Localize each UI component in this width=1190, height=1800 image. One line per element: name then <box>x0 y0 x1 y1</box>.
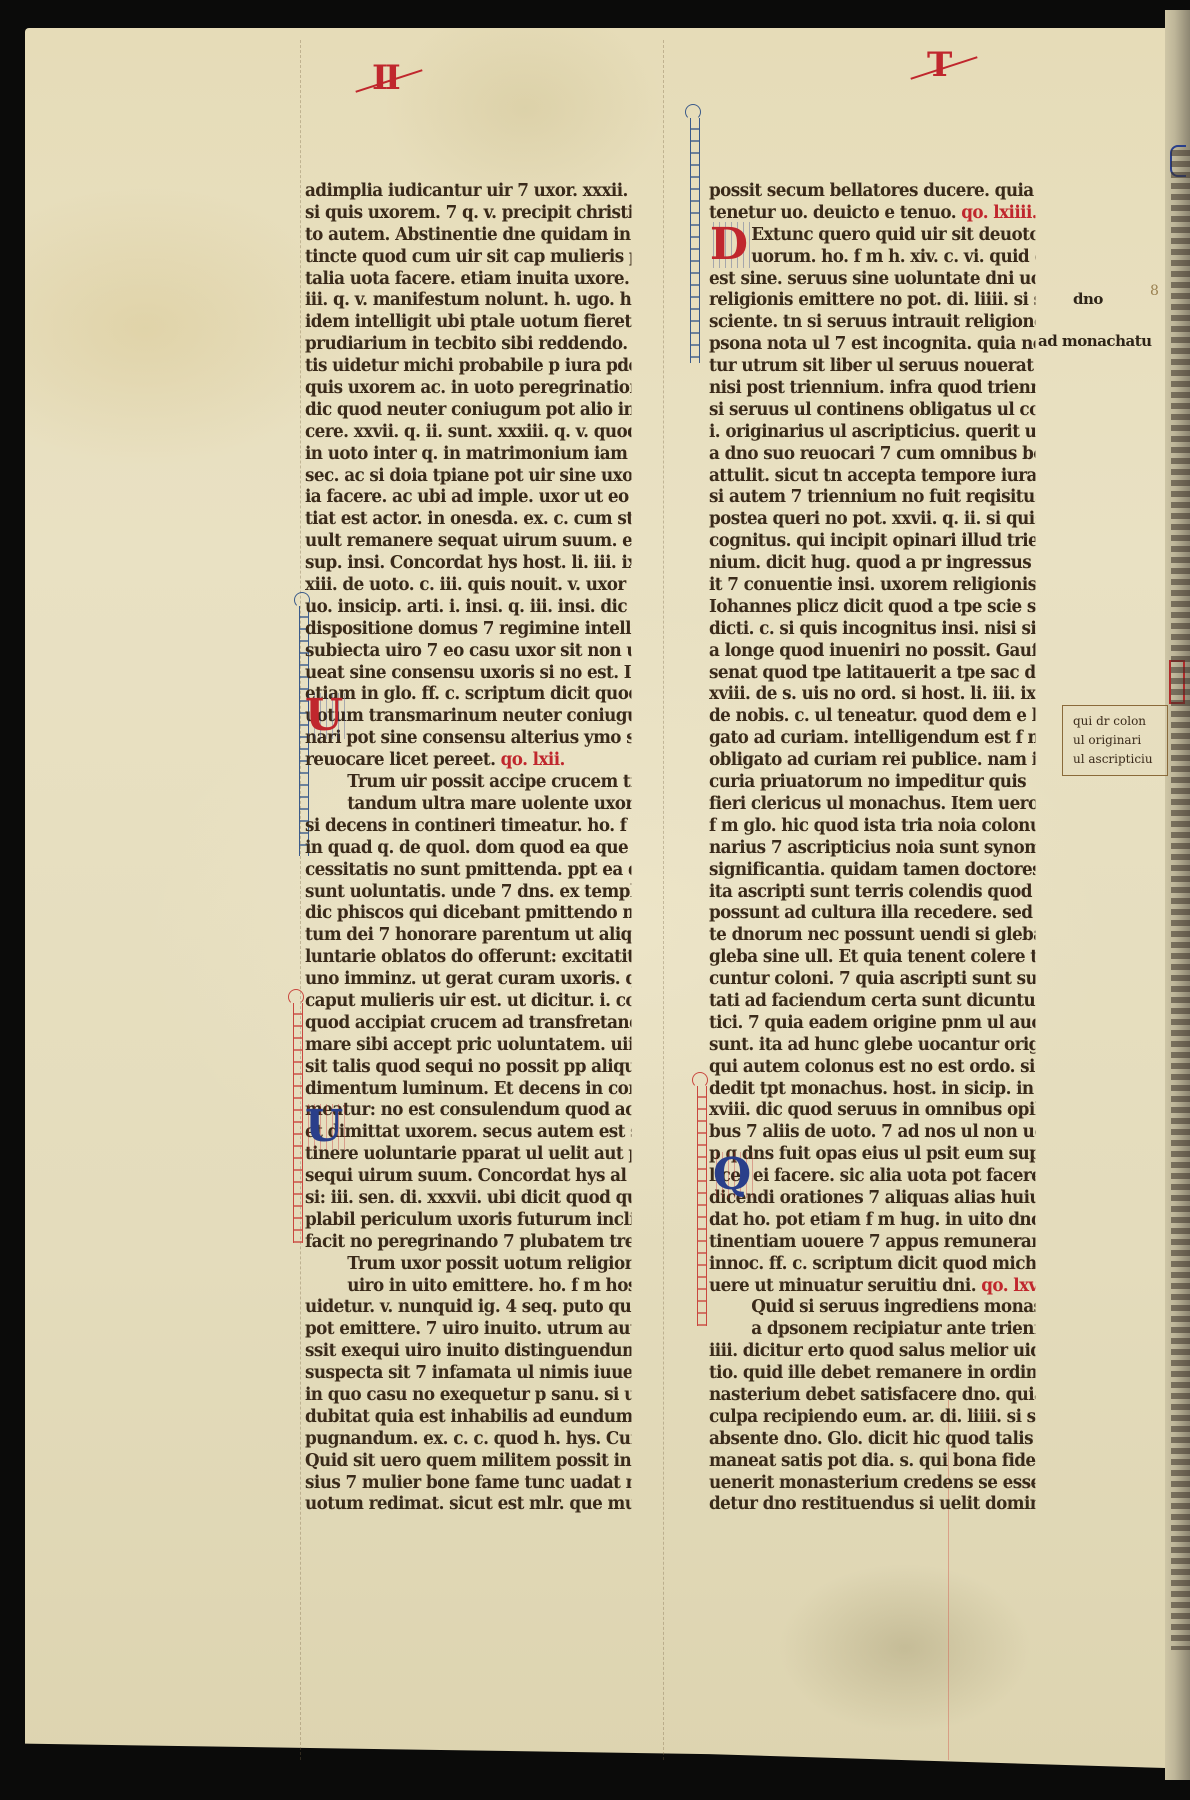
penwork-flourish-red-left <box>293 1003 303 1243</box>
text-line: meatur: no est consulendum quod accipiat… <box>305 1100 631 1122</box>
text-line: tincte quod cum uir sit cap mulieris pos… <box>305 247 631 269</box>
text-line: de nobis. c. ul teneatur. quod dem e hic… <box>709 706 1035 728</box>
text-line: tinentiam uouere 7 appus remunerare. i <box>709 1232 1035 1254</box>
text-line: ssit exequi uiro inuito distinguendum. u… <box>305 1341 631 1363</box>
text-line: uotum transmarinum neuter coniugum peg <box>305 706 631 728</box>
text-line: obligato ad curiam rei publice. nam ipe <box>709 750 1035 772</box>
text-line: sequi uirum suum. Concordat hys al <box>305 1166 631 1188</box>
text-line: facit no peregrinando 7 plubatem tre sec… <box>305 1232 631 1254</box>
text-line: Iohannes plicz dicit quod a tpe scie sed… <box>709 597 1035 619</box>
text-line: a dno suo reuocari 7 cum omnibus bonis <box>709 444 1035 466</box>
text-line: Trum uir possit accipe crucem transf <box>305 772 631 794</box>
text-line: dicendi orationes 7 aliquas alias huius.… <box>709 1188 1035 1210</box>
text-line: ita ascripti sunt terris colendis quod n… <box>709 882 1035 904</box>
text-line: tio. quid ille debet remanere in ordine … <box>709 1363 1035 1385</box>
text-line: psona nota ul 7 est incognita. quia nesc… <box>709 334 1035 356</box>
text-line: si seruus ul continens obligatus ul colo… <box>709 400 1035 422</box>
text-line: dic phiscos qui dicebant pmittendo manda… <box>305 903 631 925</box>
text-line: si: iii. sen. di. xxxvii. ubi dicit quod… <box>305 1188 631 1210</box>
text-line: est sine. seruus sine uoluntate dni uotu… <box>709 269 1035 291</box>
decorated-initial-q-blue: Q <box>711 1152 753 1198</box>
boxed-note-line-3: ul ascripticiu <box>1073 750 1161 769</box>
boxed-note-line-1: qui dr colon <box>1073 712 1161 731</box>
text-line: Extunc quero quid uir sit deuoto s <box>709 225 1035 247</box>
text-line: sunt. ita ad hunc glebe uocantur origina… <box>709 1035 1035 1057</box>
ruling-line-left <box>300 40 301 1760</box>
text-line: a dpsonem recipiatur ante triennium. ho.… <box>709 1319 1035 1341</box>
decorated-initial-u-blue: U <box>303 1104 345 1150</box>
text-line: tum dei 7 honorare parentum ut aliqui uo <box>305 925 631 947</box>
text-line: a longe quod inueniri no possit. Gauf. 7 <box>709 641 1035 663</box>
text-line: tinere uoluntarie pparat ul uelit aut po… <box>305 1144 631 1166</box>
text-line: suspecta sit 7 infamata ul nimis iuuenis <box>305 1363 631 1385</box>
ruling-line-center <box>663 40 664 1760</box>
text-line: reuocare licet pereet. qo. lxii. <box>305 750 631 772</box>
text-line: cessitatis no sunt pmittenda. ppt ea que <box>305 860 631 882</box>
text-line: Trum uxor possit uotum religionis <box>305 1254 631 1276</box>
text-line: si decens in contineri timeatur. ho. f m… <box>305 816 631 838</box>
margin-note-ad-monachatu: ad monachatu <box>1038 332 1152 350</box>
penwork-flourish-red-right <box>697 1086 707 1326</box>
text-line: tenetur uo. deuicto e tenuo. qo. lxiiii. <box>709 203 1035 225</box>
text-line: maneat satis pot dia. s. qui bona fide i… <box>709 1451 1035 1473</box>
text-line: plabil periculum uxoris futurum inclinus <box>305 1210 631 1232</box>
quire-mark: 8 <box>1150 283 1159 299</box>
text-line: uidetur. v. nunquid ig. 4 seq. puto quod… <box>305 1297 631 1319</box>
text-line: cere. xxvii. q. ii. sunt. xxxiii. q. v. … <box>305 422 631 444</box>
text-line: Quid sit uero quem militem possit indici… <box>305 1451 631 1473</box>
text-line: significantia. quidam tamen doctores dic… <box>709 860 1035 882</box>
decorated-initial-d-red: D <box>708 222 750 268</box>
text-line: tici. 7 quia eadem origine pnm ul auorum <box>709 1013 1035 1035</box>
text-line: dubitat quia est inhabilis ad eundum ad <box>305 1407 631 1429</box>
text-line: mare sibi accept pric uoluntatem. uii si… <box>305 1035 631 1057</box>
text-line: dat ho. pot etiam f m hug. in uito dno c… <box>709 1210 1035 1232</box>
text-line: dimentum luminum. Et decens in continent… <box>305 1079 631 1101</box>
text-line: xviii. de s. uis no ord. si host. li. ii… <box>709 684 1035 706</box>
text-line: attulit. sicut tn accepta tempore iura s… <box>709 466 1035 488</box>
boxed-note-line-2: ul originari <box>1073 731 1161 750</box>
text-line: uiro in uito emittere. ho. f m host <box>305 1276 631 1298</box>
text-line: subiecta uiro 7 eo casu uxor sit non uir… <box>305 641 631 663</box>
text-line: curia priuatorum no impeditur quis <box>709 772 1035 794</box>
rubric-question-number: qo. lxiiii. <box>961 203 1035 223</box>
text-line: quod accipiat crucem ad transfretandum u… <box>305 1013 631 1035</box>
text-line: possit secum bellatores ducere. quia tun… <box>709 181 1035 203</box>
text-line: sec. ac si doia tpiane pot uir sine uxor… <box>305 466 631 488</box>
text-line: ueat sine consensu uxoris si no est. Inn… <box>305 663 631 685</box>
text-line: pot emittere. 7 uiro inuito. utrum autem… <box>305 1319 631 1341</box>
text-line: p q dns fuit opas eius ul psit eum sup. … <box>709 1144 1035 1166</box>
text-line: et dimittat uxorem. secus autem est si u… <box>305 1122 631 1144</box>
adjacent-page-edge <box>1165 10 1190 1780</box>
text-line: qui autem colonus est no est ordo. si ex… <box>709 1057 1035 1079</box>
text-line: cognitus. qui incipit opinari illud trie <box>709 531 1035 553</box>
text-line: sunt uoluntatis. unde 7 dns. ex templis <box>305 882 631 904</box>
text-line: ia facere. ac ubi ad imple. uxor ut eo s… <box>305 487 631 509</box>
text-line: in quo casu no exequetur p sanu. si uero… <box>305 1385 631 1407</box>
text-line: tur utrum sit liber ul seruus nouerat re… <box>709 356 1035 378</box>
text-line: sciente. tn si seruus intrauit religione… <box>709 312 1035 334</box>
margin-note-boxed: qui dr colon ul originari ul ascripticiu <box>1062 705 1168 776</box>
text-line: luntarie oblatos do offerunt: excitatite… <box>305 947 631 969</box>
text-line: uere ut minuatur seruitiu dni. qo. lxv. <box>709 1276 1035 1298</box>
text-line: f m glo. hic quod ista tria noia colonus… <box>709 816 1035 838</box>
text-line: adimplia iudicantur uir 7 uxor. xxxii. q… <box>305 181 631 203</box>
rubric-question-number: qo. lxii. <box>501 750 565 770</box>
text-line: xiii. de uoto. c. iii. quis nouit. v. ux… <box>305 575 631 597</box>
text-line: licet ei facere. sic alia uota pot facer… <box>709 1166 1035 1188</box>
text-line: tati ad faciendum certa sunt dicuntur as… <box>709 991 1035 1013</box>
text-line: uenerit monasterium credens se esse libe… <box>709 1473 1035 1495</box>
text-line: tiat est actor. in onesda. ex. c. cum st… <box>305 509 631 531</box>
text-line: talia uota facere. etiam inuita uxore. x… <box>305 269 631 291</box>
text-column-left: adimplia iudicantur uir 7 uxor. xxxii. q… <box>305 181 645 1516</box>
text-line: Quid si seruus ingrediens monasterium <box>709 1297 1035 1319</box>
rubric-question-number: qo. lxv. <box>981 1276 1035 1296</box>
text-line: nisi post triennium. infra quod trienniu… <box>709 378 1035 400</box>
text-line: tis uidetur michi probabile p iura pdca.… <box>305 356 631 378</box>
text-line: innoc. ff. c. scriptum dicit quod michi … <box>709 1254 1035 1276</box>
text-line: uorum. ho. f m h. xiv. c. vi. quid dcm <box>709 247 1035 269</box>
text-line: dispositione domus 7 regimine intelligit… <box>305 619 631 641</box>
text-line: senat quod tpe latitauerit a tpe sac dni… <box>709 663 1035 685</box>
text-line: gleba sine ull. Et quia tenent colere te… <box>709 947 1035 969</box>
margin-note-dno: dno <box>1073 290 1103 308</box>
text-line: uo. insicip. arti. i. insi. q. iii. insi… <box>305 597 631 619</box>
text-line: i. originarius ul ascripticius. querit u… <box>709 422 1035 444</box>
text-line: culpa recipiendo eum. ar. di. liiii. si … <box>709 1407 1035 1429</box>
text-line: absente dno. Glo. dicit hic quod talis r… <box>709 1429 1035 1451</box>
text-line: dedit tpt monachus. host. in sicip. in e… <box>709 1079 1035 1101</box>
text-line: fieri clericus ul monachus. Item uero <box>709 794 1035 816</box>
text-line: postea queri no pot. xxvii. q. ii. si qu… <box>709 509 1035 531</box>
text-line: to autem. Abstinentie dne quidam in dis <box>305 225 631 247</box>
text-line: idem intelligit ubi ptale uotum fieret u… <box>305 312 631 334</box>
text-line: iii. q. v. manifestum nolunt. h. ugo. hu… <box>305 290 631 312</box>
text-line: caput mulieris uir est. ut dicitur. i. c… <box>305 991 631 1013</box>
text-line: sius 7 mulier bone fame tunc uadat nec <box>305 1473 631 1495</box>
text-line: uno imminz. ut gerat curam uxoris. quia <box>305 969 631 991</box>
text-line: detur dno restituendus si uelit dominus <box>709 1494 1035 1516</box>
text-line: in quad q. de quol. dom quod ea que sint… <box>305 838 631 860</box>
text-line: pugnandum. ex. c. c. quod h. hys. Cursus <box>305 1429 631 1451</box>
running-header-left: II <box>372 58 398 98</box>
text-line: nari pot sine consensu alterius ymo si a… <box>305 728 631 750</box>
text-line: iiii. dicitur erto quod salus melior uid… <box>709 1341 1035 1363</box>
text-line: nium. dicit hug. quod a pr ingressus a a… <box>709 553 1035 575</box>
text-line: si autem 7 triennium no fuit reqisitus <box>709 487 1035 509</box>
text-line: religionis emittere no pot. di. liiii. s… <box>709 290 1035 312</box>
text-line: it 7 conuentie insi. uxorem religionis. … <box>709 575 1035 597</box>
text-line: te dnorum nec possunt uendi si gleba n <box>709 925 1035 947</box>
running-header-right: T <box>927 45 949 85</box>
text-line: sup. insi. Concordat hys host. li. iii. … <box>305 553 631 575</box>
text-column-right: possit secum bellatores ducere. quia tun… <box>709 181 1049 1516</box>
text-line: tandum ultra mare uolente uxore <box>305 794 631 816</box>
text-line: dicti. c. si quis incognitus insi. nisi … <box>709 619 1035 641</box>
text-line: narius 7 ascripticius noia sunt synoma <box>709 838 1035 860</box>
text-line: uult remanere sequat uirum suum. ex. c. … <box>305 531 631 553</box>
text-line: dic quod neuter coniugum pot alio inuito… <box>305 400 631 422</box>
penwork-flourish-blue-right-top <box>690 118 700 363</box>
text-line: uotum redimat. sicut est mlr. que multas <box>305 1494 631 1516</box>
text-line: cuntur coloni. 7 quia ascripti sunt sua … <box>709 969 1035 991</box>
decorated-initial-u-red: U <box>303 693 345 739</box>
text-line: in uoto inter q. in matrimonium iam coni… <box>305 444 631 466</box>
text-line: prudiarium in tecbito sibi reddendo. qui… <box>305 334 631 356</box>
text-line: gato ad curiam. intelligendum est f m gl… <box>709 728 1035 750</box>
text-line: xviii. dic quod seruus in omnibus opibus… <box>709 1100 1035 1122</box>
text-line: etiam in glo. ff. c. scriptum dicit quod… <box>305 684 631 706</box>
text-line: nasterium debet satisfacere dno. quia fu… <box>709 1385 1035 1407</box>
text-line: possunt ad cultura illa recedere. sed po… <box>709 903 1035 925</box>
text-line: bus 7 aliis de uoto. 7 ad nos ul non uot… <box>709 1122 1035 1144</box>
text-line: quis uxorem ac. in uoto peregrinationis … <box>305 378 631 400</box>
text-line: sit talis quod sequi no possit pp aliquo… <box>305 1057 631 1079</box>
text-line: si quis uxorem. 7 q. v. precipit christi… <box>305 203 631 225</box>
adjacent-text-lines <box>1171 150 1190 1650</box>
